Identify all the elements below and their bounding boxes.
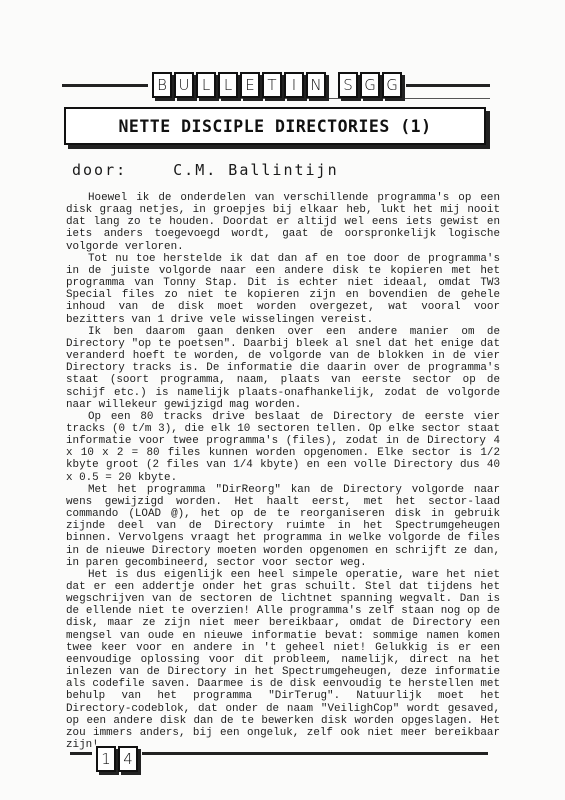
paragraph: Ik ben daarom gaan denken over een ander… xyxy=(66,326,500,411)
logo-letter: T xyxy=(262,72,282,98)
logo-letter: G xyxy=(382,72,402,98)
page-digit: 4 xyxy=(118,746,138,772)
paragraph: Hoewel ik de onderdelen van verschillend… xyxy=(66,192,500,253)
logo-letter: N xyxy=(306,72,326,98)
page-digit: 1 xyxy=(96,746,116,772)
logo-letter: E xyxy=(240,72,260,98)
paragraph: Het is dus eigenlijk een heel simpele op… xyxy=(66,569,500,751)
logo-letter: G xyxy=(360,72,380,98)
logo-letter: U xyxy=(174,72,194,98)
logo-letter: I xyxy=(284,72,304,98)
masthead-underline xyxy=(212,98,490,99)
article-title: NETTE DISCIPLE DIRECTORIES (1) xyxy=(118,117,431,136)
author-line: door:C.M. Ballintijn xyxy=(72,161,339,179)
logo-letter: S xyxy=(338,72,358,98)
page-footer: 1 4 xyxy=(70,746,488,774)
logo-letter: B xyxy=(152,72,172,98)
masthead: B U L L E T I N S G G xyxy=(62,72,490,98)
paragraph: Op een 80 tracks drive beslaat de Direct… xyxy=(66,411,500,484)
logo-letter: L xyxy=(218,72,238,98)
page-number: 1 4 xyxy=(92,746,142,772)
paragraph: Tot nu toe herstelde ik dat dan af en to… xyxy=(66,253,500,326)
author-name: C.M. Ballintijn xyxy=(173,161,338,179)
article-body: Hoewel ik de onderdelen van verschillend… xyxy=(66,192,500,751)
masthead-logo: B U L L E T I N S G G xyxy=(148,72,406,98)
logo-letter: L xyxy=(196,72,216,98)
author-label: door: xyxy=(72,161,127,179)
article-title-box: NETTE DISCIPLE DIRECTORIES (1) xyxy=(64,107,486,145)
paragraph: Met het programma "DirReorg" kan de Dire… xyxy=(66,484,500,569)
